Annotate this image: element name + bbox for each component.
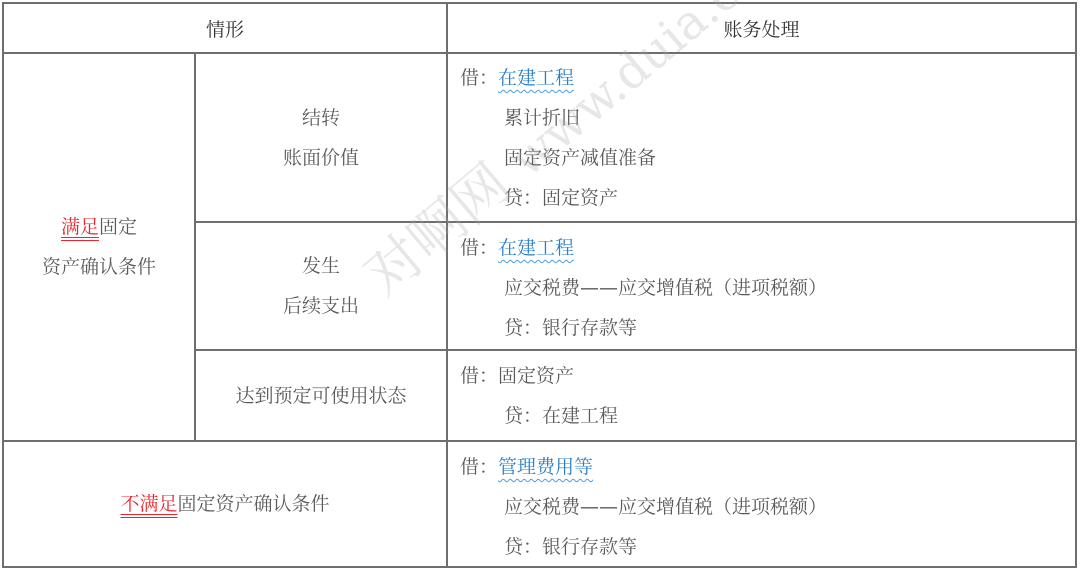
account-construction-in-progress: 在建工程 <box>498 67 574 89</box>
header-accounting: 账务处理 <box>448 4 1075 52</box>
group-meets-line1: 满足固定 <box>61 207 137 247</box>
case-transfer-book-value: 结转 账面价值 <box>196 54 446 221</box>
header-situation: 情形 <box>4 4 446 52</box>
highlight-not-meets: 不满足 <box>120 493 177 515</box>
account-construction-in-progress: 在建工程 <box>498 237 574 259</box>
case-subsequent-expenditure: 发生 后续支出 <box>196 223 446 349</box>
entry-subsequent-expenditure: 借：在建工程 应交税费——应交增值税（进项税额） 贷：银行存款等 <box>460 228 827 348</box>
group-not-meets-line: 不满足固定资产确认条件 <box>120 484 329 524</box>
case-ready-for-use: 达到预定可使用状态 <box>196 351 446 440</box>
group-meets-criteria: 满足固定 资产确认条件 <box>4 54 194 440</box>
entry-not-meets-criteria: 借：管理费用等 应交税费——应交增值税（进项税额） 贷：银行存款等 <box>460 447 827 567</box>
accounting-table: 情形 账务处理 满足固定 资产确认条件 结转 账面价值 借：在建工程 累计折旧 … <box>2 2 1077 568</box>
column-divider-main <box>446 4 448 566</box>
header-situation-label: 情形 <box>206 15 244 42</box>
account-admin-expenses: 管理费用等 <box>498 456 593 478</box>
header-accounting-label: 账务处理 <box>723 15 799 42</box>
entry-ready-for-use: 借：固定资产 贷：在建工程 <box>460 356 618 436</box>
group-not-meets-criteria: 不满足固定资产确认条件 <box>4 442 446 566</box>
highlight-meets: 满足 <box>61 216 99 238</box>
entry-transfer-book-value: 借：在建工程 累计折旧 固定资产减值准备 贷：固定资产 <box>460 58 656 218</box>
group-meets-line2: 资产确认条件 <box>42 247 156 287</box>
